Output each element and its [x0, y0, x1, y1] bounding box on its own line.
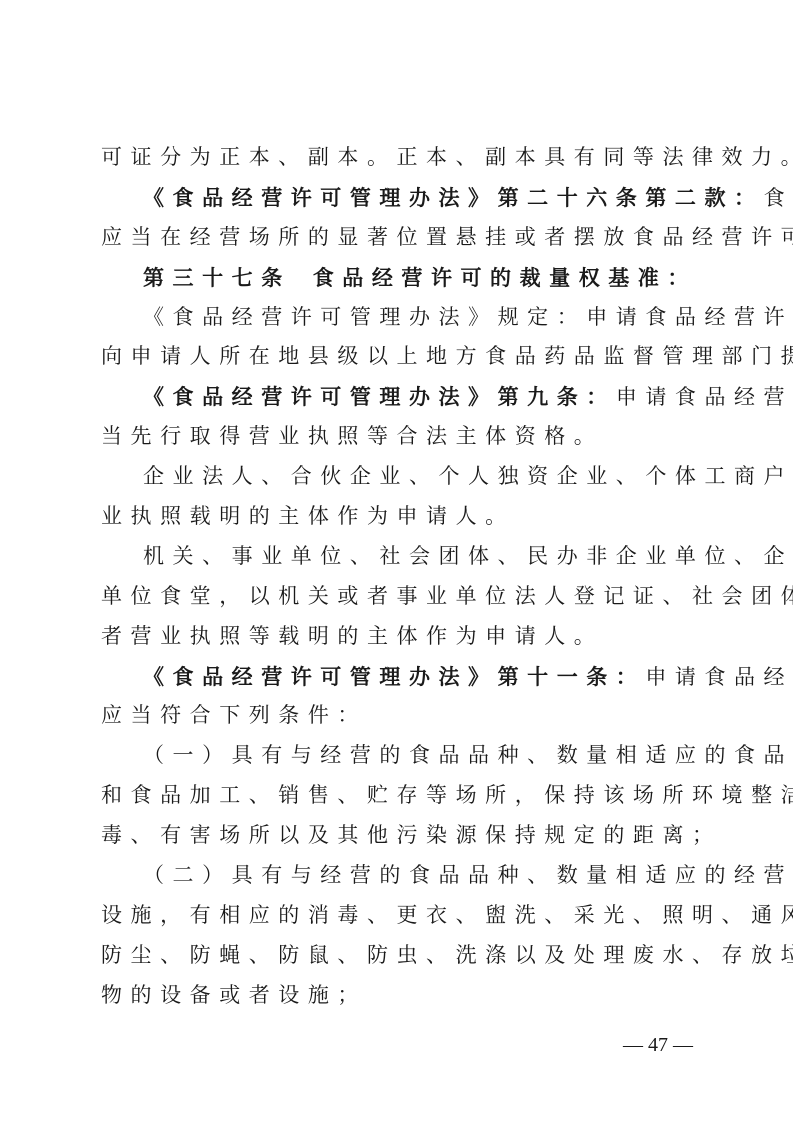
text-segment: 防尘、防蝇、防鼠、防虫、洗涤以及处理废水、存放垃圾和废弃 [101, 943, 793, 967]
text-line: 单位食堂，以机关或者事业单位法人登记证、社会团体登记证或 [101, 577, 701, 617]
text-line: 《食品经营许可管理办法》第十一条：申请食品经营许可， [101, 657, 701, 697]
text-segment: 可证分为正本、副本。正本、副本具有同等法律效力。 [101, 145, 793, 169]
text-segment: 申请食品经营许可， [645, 665, 793, 689]
text-segment: 毒、有害场所以及其他污染源保持规定的距离； [101, 823, 722, 847]
text-line: 者营业执照等载明的主体作为申请人。 [101, 617, 701, 657]
page-number: — 47 — [619, 1032, 697, 1058]
text-segment: 应当在经营场所的显著位置悬挂或者摆放食品经营许可证正本。 [101, 225, 793, 249]
text-line: 《食品经营许可管理办法》规定：申请食品经营许可，应当 [101, 298, 701, 338]
article-heading: 第三十七条食品经营许可的裁量权基准： [101, 258, 701, 298]
text-segment: 设施，有相应的消毒、更衣、盥洗、采光、照明、通风、防腐、 [101, 903, 793, 927]
text-segment: 者营业执照等载明的主体作为申请人。 [101, 624, 603, 648]
text-segment: 和食品加工、销售、贮存等场所，保持该场所环境整洁，并与有 [101, 783, 793, 807]
text-segment: 向申请人所在地县级以上地方食品药品监督管理部门提交材料。 [101, 344, 793, 368]
text-line: 《食品经营许可管理办法》第二十六条第二款：食品经营者 [101, 178, 701, 218]
text-segment: （二）具有与经营的食品品种、数量相适应的经营设备或者 [143, 863, 793, 887]
text-line: 企业法人、合伙企业、个人独资企业、个体工商户等，以营 [101, 457, 701, 497]
text-line: 防尘、防蝇、防鼠、防虫、洗涤以及处理废水、存放垃圾和废弃 [101, 936, 701, 976]
text-line: 《食品经营许可管理办法》第九条：申请食品经营许可，应 [101, 377, 701, 417]
article-number: 第三十七条 [143, 266, 291, 290]
list-item-line: （二）具有与经营的食品品种、数量相适应的经营设备或者 [101, 856, 701, 896]
text-segment: 企业法人、合伙企业、个人独资企业、个体工商户等，以营 [143, 464, 793, 488]
text-line: 物的设备或者设施； [101, 976, 701, 1016]
text-line: 毒、有害场所以及其他污染源保持规定的距离； [101, 816, 701, 856]
text-segment: 申请食品经营许可，应 [616, 385, 793, 409]
text-segment: 业执照载明的主体作为申请人。 [101, 504, 515, 528]
text-line: 和食品加工、销售、贮存等场所，保持该场所环境整洁，并与有 [101, 776, 701, 816]
text-line: 应当在经营场所的显著位置悬挂或者摆放食品经营许可证正本。 [101, 218, 701, 258]
text-line: 业执照载明的主体作为申请人。 [101, 497, 701, 537]
document-page: 可证分为正本、副本。正本、副本具有同等法律效力。 《食品经营许可管理办法》第二十… [0, 0, 793, 1122]
text-segment: （一）具有与经营的食品品种、数量相适应的食品原料处理 [143, 743, 793, 767]
text-line: 向申请人所在地县级以上地方食品药品监督管理部门提交材料。 [101, 337, 701, 377]
text-line: 应当符合下列条件： [101, 696, 701, 736]
text-line: 当先行取得营业执照等合法主体资格。 [101, 417, 701, 457]
text-segment: 《食品经营许可管理办法》规定：申请食品经营许可，应当 [143, 305, 793, 329]
text-segment: 单位食堂，以机关或者事业单位法人登记证、社会团体登记证或 [101, 584, 793, 608]
article-title: 食品经营许可的裁量权基准： [313, 265, 697, 290]
text-segment: 应当符合下列条件： [101, 703, 367, 727]
law-article-reference: 《食品经营许可管理办法》第二十六条第二款： [143, 185, 764, 210]
list-item-line: （一）具有与经营的食品品种、数量相适应的食品原料处理 [101, 736, 701, 776]
text-line: 设施，有相应的消毒、更衣、盥洗、采光、照明、通风、防腐、 [101, 896, 701, 936]
body-text: 可证分为正本、副本。正本、副本具有同等法律效力。 《食品经营许可管理办法》第二十… [101, 138, 701, 1016]
text-segment: 食品经营者 [764, 186, 793, 210]
text-segment: 物的设备或者设施； [101, 983, 367, 1007]
law-article-reference: 《食品经营许可管理办法》第九条： [143, 384, 616, 409]
text-segment: 机关、事业单位、社会团体、民办非企业单位、企业等申办 [143, 544, 793, 568]
text-line: 可证分为正本、副本。正本、副本具有同等法律效力。 [101, 138, 701, 178]
text-line: 机关、事业单位、社会团体、民办非企业单位、企业等申办 [101, 537, 701, 577]
text-segment: 当先行取得营业执照等合法主体资格。 [101, 424, 603, 448]
law-article-reference: 《食品经营许可管理办法》第十一条： [143, 664, 645, 689]
